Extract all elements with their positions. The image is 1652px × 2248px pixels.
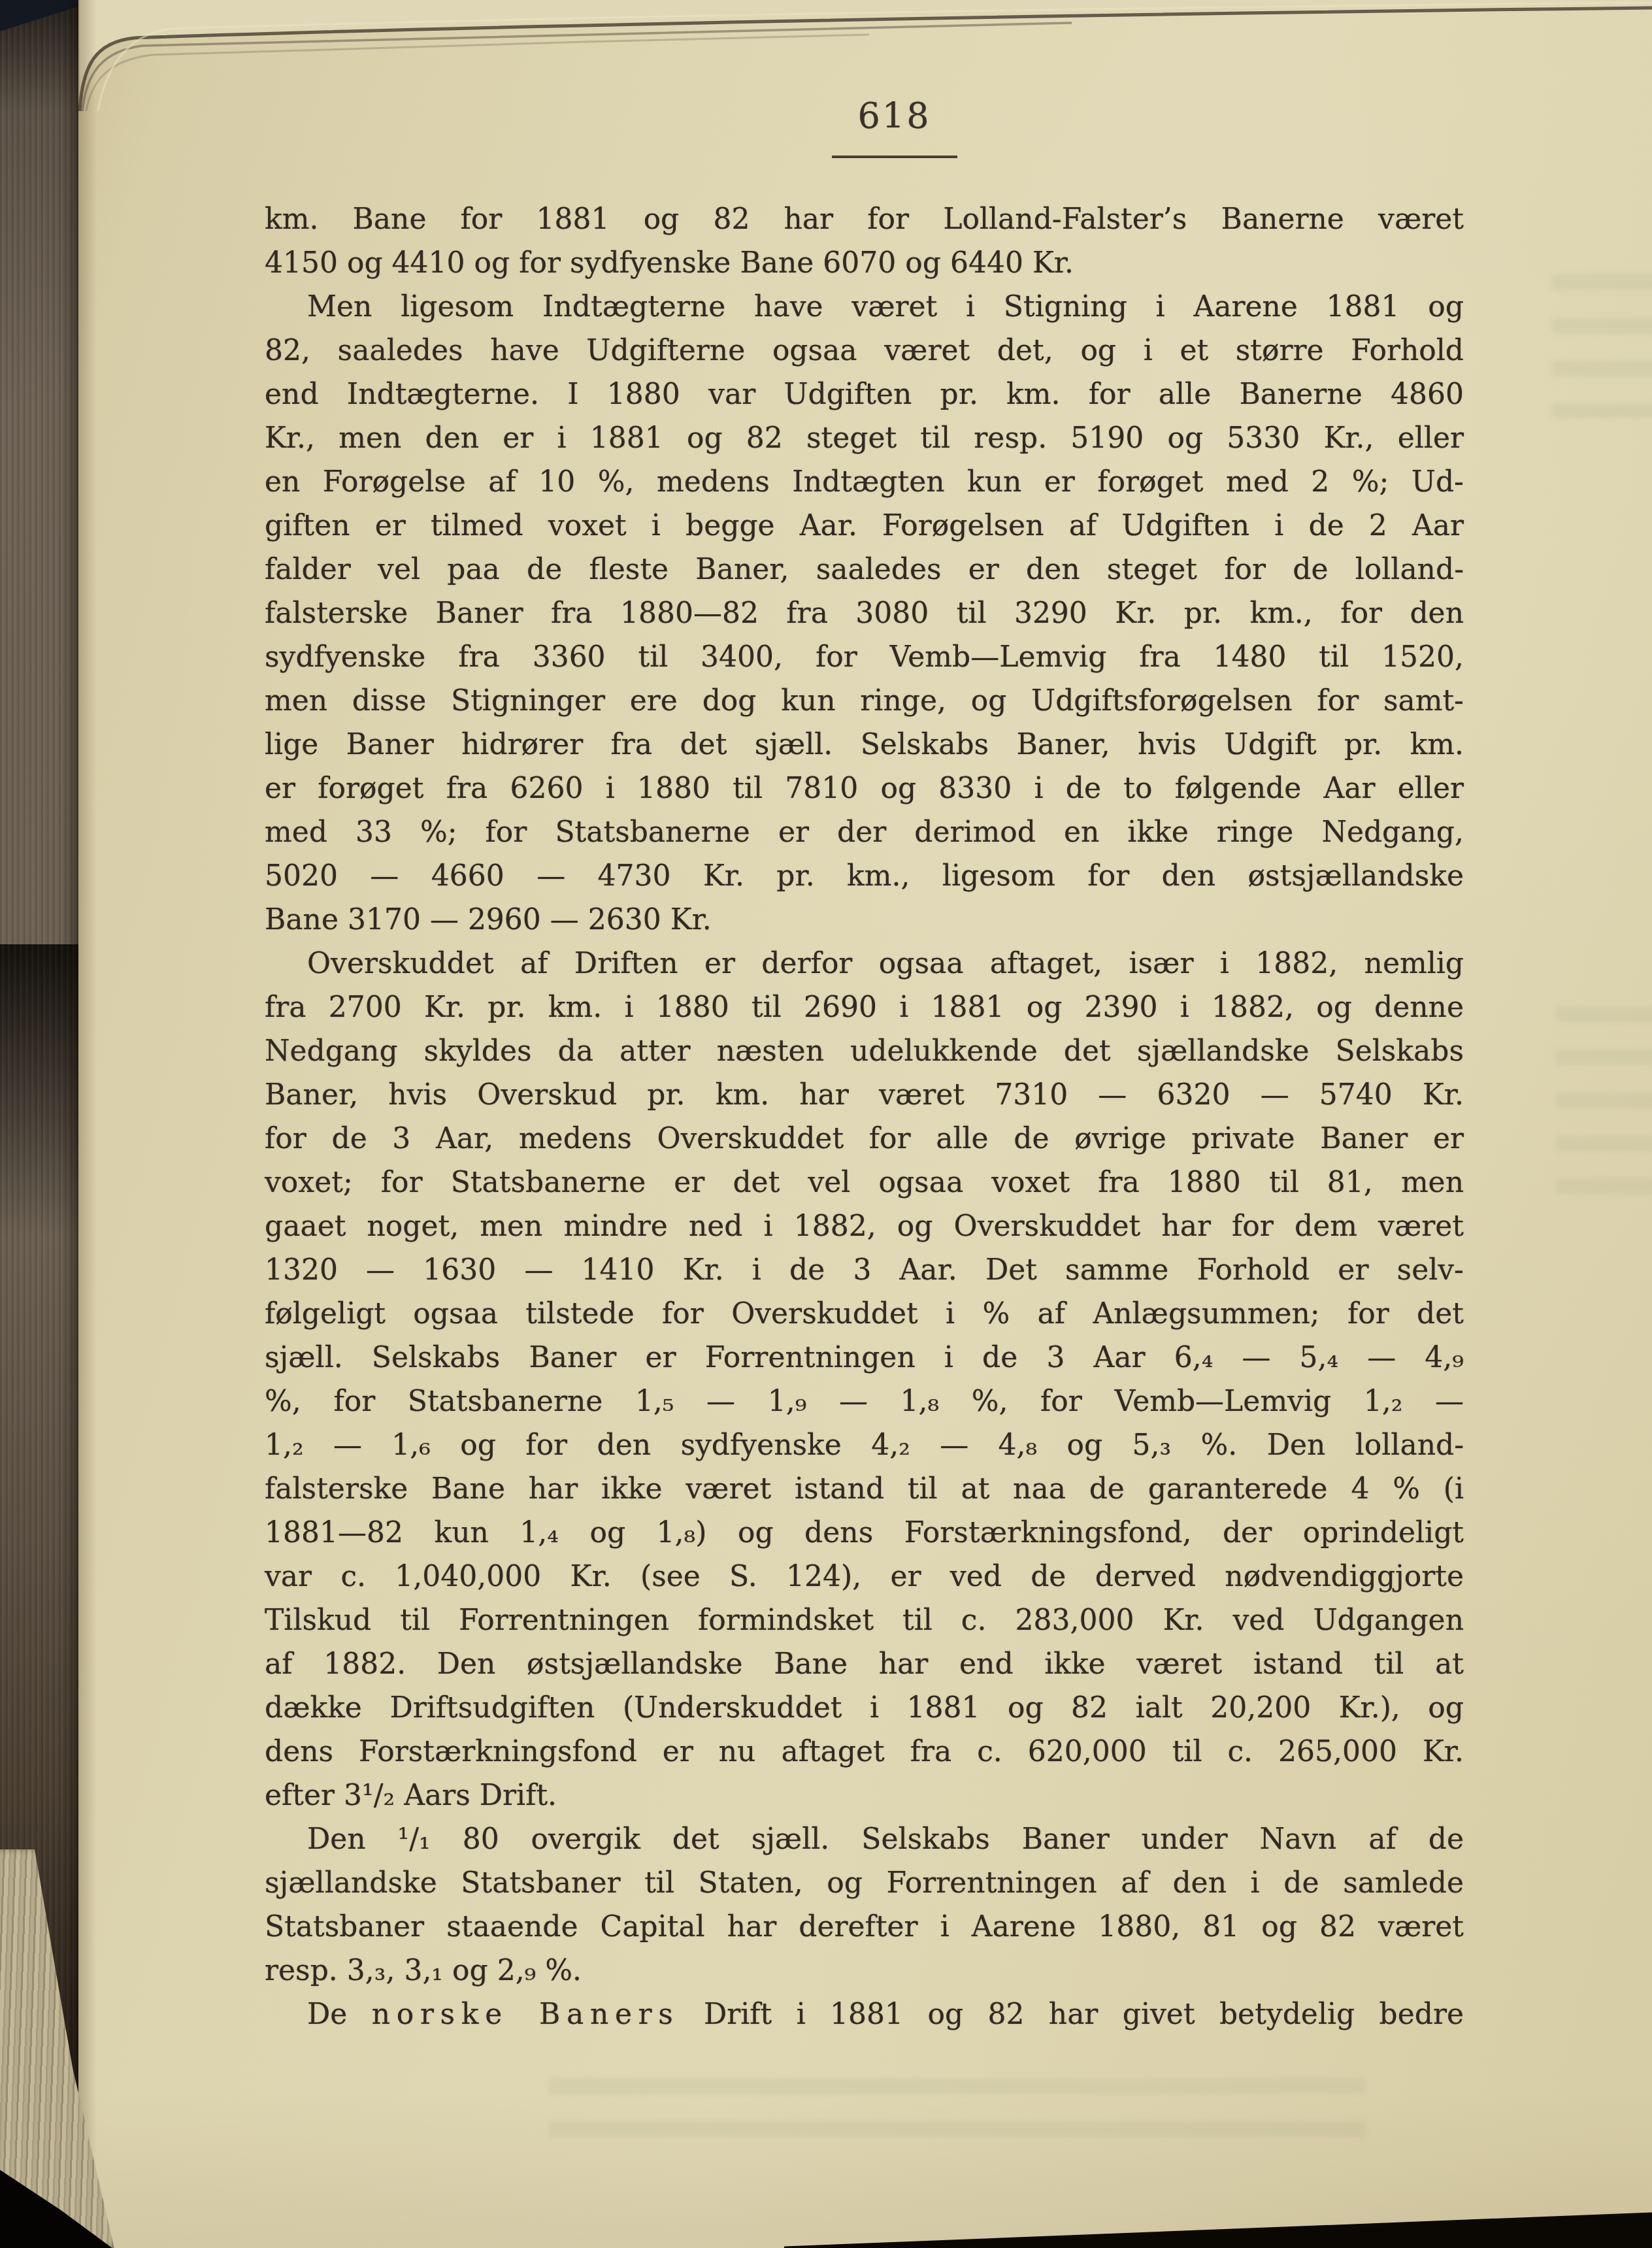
text-line: Men ligesom Indtægterne have været i Sti… [265,285,1464,329]
emphasized-text: norske Baners [372,1998,680,2031]
paragraph: De norske Baners Drift i 1881 og 82 har … [265,1992,1464,2036]
text-line: 4150 og 4410 og for sydfyenske Bane 6070… [265,241,1464,285]
text-segment: De [307,1998,372,2031]
page-top-edge [78,0,1652,111]
text-line: 1881—82 kun 1,₄ og 1,₈) og dens Forstærk… [265,1511,1464,1555]
text-segment: Drift i 1881 og 82 har givet betydelig b… [680,1998,1464,2031]
text-line: sjællandske Statsbaner til Staten, og Fo… [265,1861,1464,1905]
text-line: er forøget fra 6260 i 1880 til 7810 og 8… [265,767,1464,810]
text-line: voxet; for Statsbanerne er det vel ogsaa… [265,1161,1464,1204]
text-line: falsterske Baner fra 1880—82 fra 3080 ti… [265,591,1464,635]
text-column: 618 km. Bane for 1881 og 82 har for Loll… [265,97,1464,2036]
paragraph: Men ligesom Indtægterne have været i Sti… [265,285,1464,942]
paragraph: km. Bane for 1881 og 82 har for Lolland-… [265,197,1464,285]
text-line: 1,₂ — 1,₆ og for den sydfyenske 4,₂ — 4,… [265,1423,1464,1467]
text-line: falsterske Bane har ikke været istand ti… [265,1467,1464,1511]
paragraph: Den ¹/₁ 80 overgik det sjæll. Selskabs B… [265,1817,1464,1992]
text-block: km. Bane for 1881 og 82 har for Lolland-… [265,197,1464,2036]
showthrough-ghost [1555,1006,1652,1202]
text-line: %, for Statsbanerne 1,₅ — 1,₉ — 1,₈ %, f… [265,1380,1464,1423]
adjacent-page-surface [80,0,1652,111]
text-line: men disse Stigninger ere dog kun ringe, … [265,679,1464,723]
text-line: 82, saaledes have Udgifterne ogsaa været… [265,329,1464,372]
page-number-rule [832,156,957,158]
book-scan: { "header": { "page_number": "618" }, "c… [0,0,1652,2248]
paragraph: Overskuddet af Driften er derfor ogsaa a… [265,942,1464,1817]
text-line: falder vel paa de fleste Baner, saaledes… [265,548,1464,591]
text-line: Bane 3170 — 2960 — 2630 Kr. [265,898,1464,942]
text-line: end Indtægterne. I 1880 var Udgiften pr.… [265,372,1464,416]
text-line: var c. 1,040,000 Kr. (see S. 124), er ve… [265,1555,1464,1598]
page-number: 618 [295,97,1494,136]
text-line: sjæll. Selskabs Baner er Forrentningen i… [265,1336,1464,1380]
text-line: dens Forstærkningsfond er nu aftaget fra… [265,1730,1464,1774]
text-line: resp. 3,₃, 3,₁ og 2,₉ %. [265,1949,1464,1992]
text-line: km. Bane for 1881 og 82 har for Lolland-… [265,197,1464,241]
text-line: Baner, hvis Overskud pr. km. har været 7… [265,1073,1464,1117]
text-line: Nedgang skyldes da atter næsten udelukke… [265,1029,1464,1073]
text-line: fra 2700 Kr. pr. km. i 1880 til 2690 i 1… [265,985,1464,1029]
showthrough-ghost [1552,274,1652,418]
showthrough-ghost [549,2078,1366,2163]
text-line: sydfyenske fra 3360 til 3400, for Vemb—L… [265,635,1464,679]
text-line: giften er tilmed voxet i begge Aar. Forø… [265,504,1464,548]
text-line: 1320 — 1630 — 1410 Kr. i de 3 Aar. Det s… [265,1248,1464,1292]
text-line: 5020 — 4660 — 4730 Kr. pr. km., ligesom … [265,854,1464,898]
text-line: gaaet noget, men mindre ned i 1882, og O… [265,1204,1464,1248]
text-line: dække Driftsudgiften (Underskuddet i 188… [265,1686,1464,1730]
text-line: Overskuddet af Driften er derfor ogsaa a… [265,942,1464,985]
page-header: 618 [295,97,1494,158]
text-line: De norske Baners Drift i 1881 og 82 har … [265,1992,1464,2036]
text-line: efter 3¹/₂ Aars Drift. [265,1774,1464,1817]
text-line: Den ¹/₁ 80 overgik det sjæll. Selskabs B… [265,1817,1464,1861]
text-line: følgeligt ogsaa tilstede for Overskuddet… [265,1292,1464,1336]
text-line: for de 3 Aar, medens Overskuddet for all… [265,1117,1464,1161]
text-line: Kr., men den er i 1881 og 82 steget til … [265,416,1464,460]
text-line: med 33 %; for Statsbanerne er der derimo… [265,810,1464,854]
text-line: en Forøgelse af 10 %, medens Indtægten k… [265,460,1464,504]
text-line: Statsbaner staaende Capital har derefter… [265,1905,1464,1949]
text-line: Tilskud til Forrentningen formindsket ti… [265,1598,1464,1642]
text-line: af 1882. Den østsjællandske Bane har end… [265,1642,1464,1686]
text-line: lige Baner hidrører fra det sjæll. Selsk… [265,723,1464,767]
